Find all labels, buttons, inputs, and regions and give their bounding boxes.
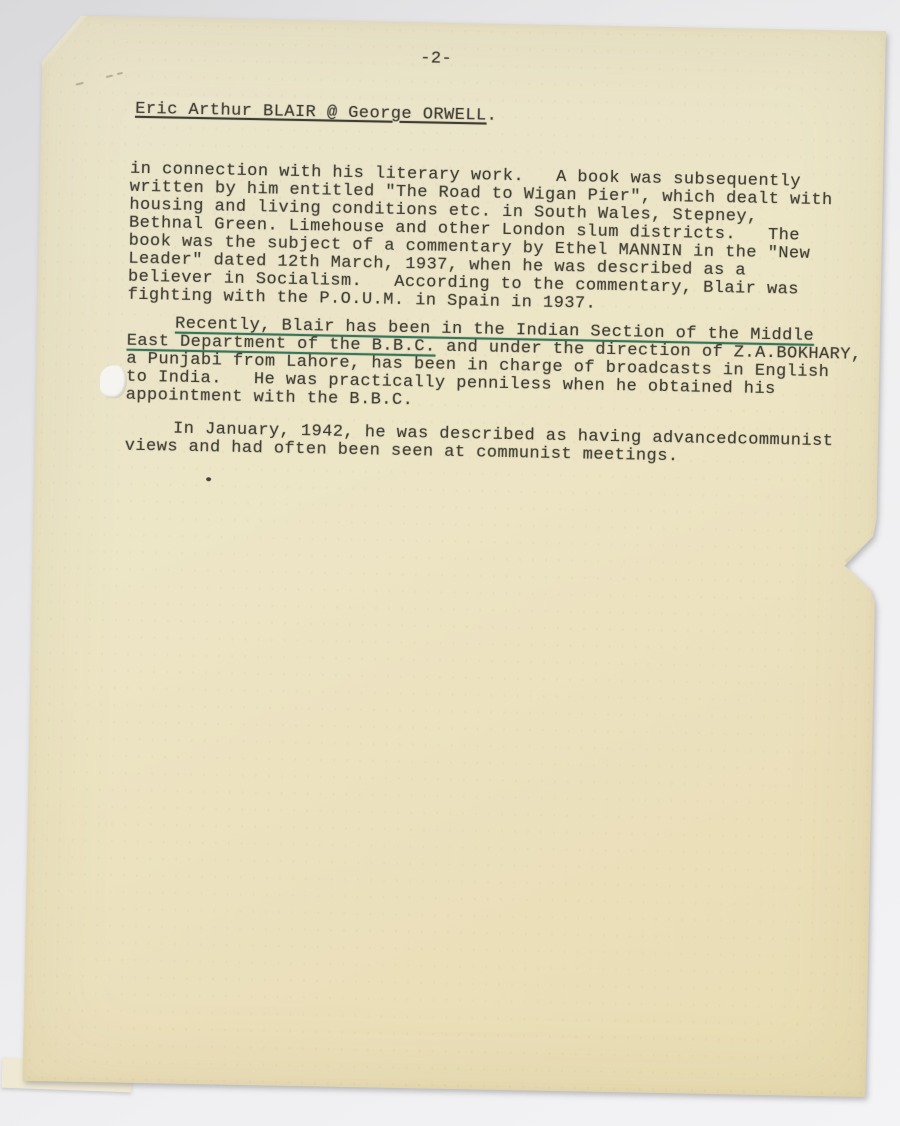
paragraph-3: In January, 1942, he was described as ha… [125, 420, 871, 470]
document-title-period: . [486, 107, 497, 126]
paragraph-1: in connection with his literary work. A … [127, 161, 875, 319]
document-title: Eric Arthur BLAIR @ George ORWELL. [135, 101, 876, 133]
page-number: -2- [420, 50, 877, 77]
corner-fold [42, 15, 87, 68]
paper-sheet: -2- Eric Arthur BLAIR @ George ORWELL. i… [23, 15, 886, 1097]
paper-damage-chip [100, 365, 128, 399]
pencil-speck [76, 82, 84, 86]
pencil-speck [106, 75, 113, 79]
pencil-speck [117, 72, 123, 75]
torn-edge-flap [841, 530, 876, 591]
scanner-background: -2- Eric Arthur BLAIR @ George ORWELL. i… [0, 0, 900, 1126]
ink-speck [206, 477, 211, 481]
document-page: -2- Eric Arthur BLAIR @ George ORWELL. i… [23, 15, 886, 1097]
paragraph-2: Recently, Blair has been in the Indian S… [126, 315, 873, 419]
document-title-underlined: Eric Arthur BLAIR @ George ORWELL [135, 100, 487, 126]
typed-text-block: -2- Eric Arthur BLAIR @ George ORWELL. i… [125, 45, 878, 470]
